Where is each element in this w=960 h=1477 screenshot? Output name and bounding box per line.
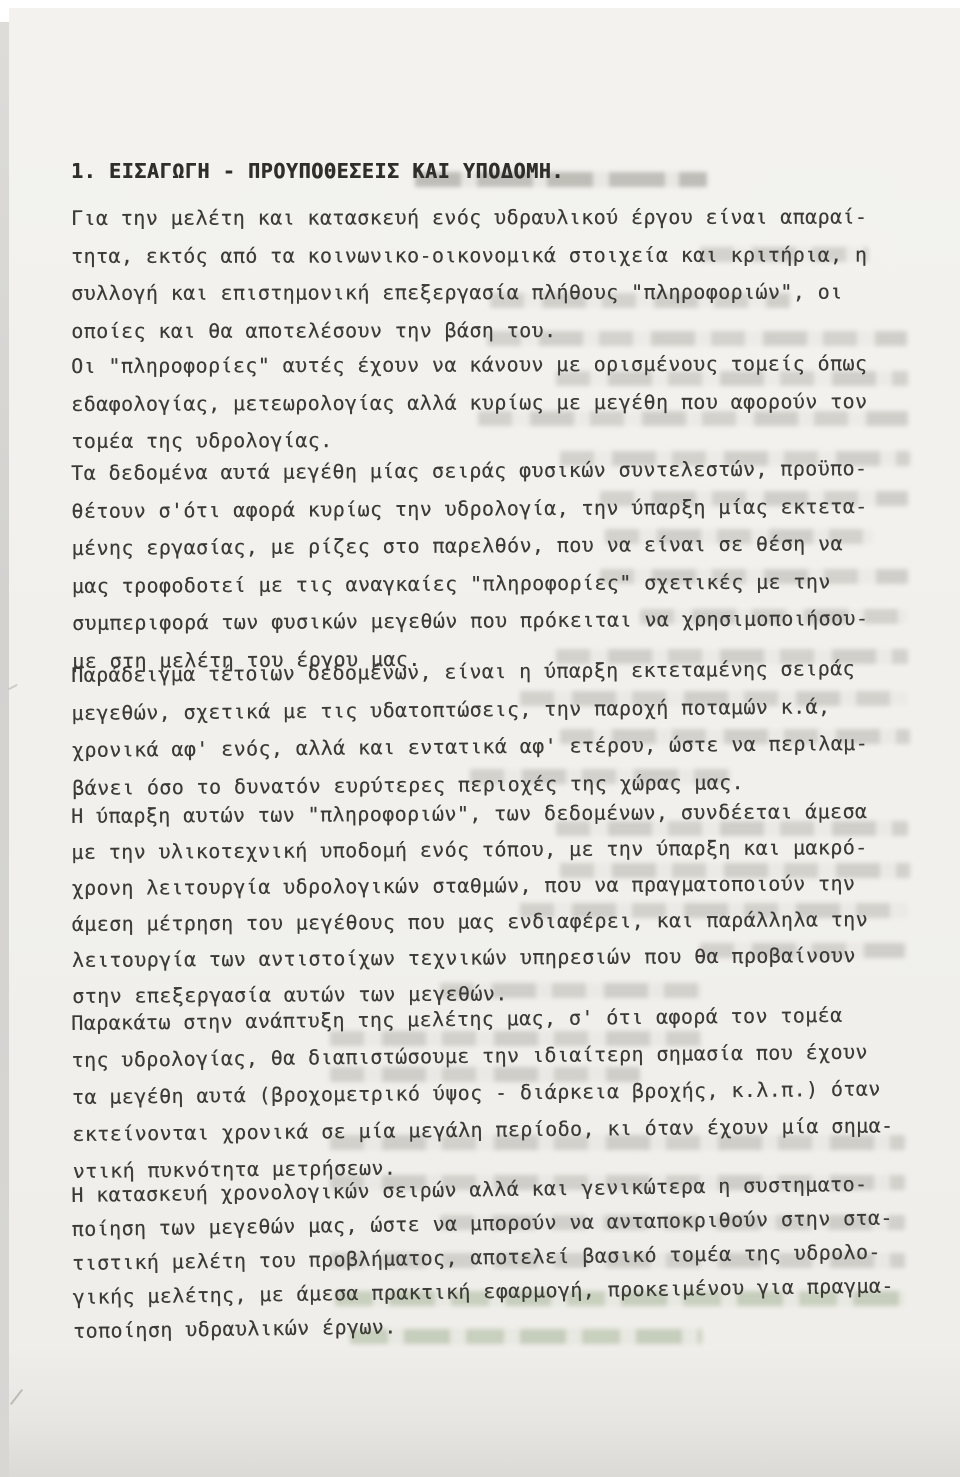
pencil-mark — [8, 684, 18, 690]
paragraph: Παράδειγμα τέτοιων δεδομένων, είναι η ύπ… — [71, 650, 912, 807]
section-heading: 1. ΕΙΣΑΓΩΓΗ - ΠΡΟΥΠΟΘΕΣΕΙΣ ΚΑΙ ΥΠΟΔΟΜΗ. — [71, 158, 564, 184]
text-line: με την υλικοτεχνική υποδομή ενός τόπου, … — [71, 829, 911, 870]
paragraph: Για την μελέτη και κατασκευή ενός υδραυλ… — [71, 199, 911, 350]
text-line: μένης εργασίας, με ρίζες στο παρελθόν, π… — [71, 525, 911, 568]
text-line: Τα δεδομένα αυτά μεγέθη μίας σειράς φυσι… — [71, 450, 911, 493]
text-line: μας τροφοδοτεί με τις αναγκαίες "πληροφο… — [72, 562, 912, 605]
text-line: χρονικά αφ' ενός, αλλά και εντατικά αφ' … — [72, 725, 912, 770]
paragraph: Τα δεδομένα αυτά μεγέθη μίας σειράς φυσι… — [71, 450, 912, 680]
paragraph: Παρακάτω στην ανάπτυξη της μελέτης μας, … — [71, 996, 913, 1190]
text-line: Οι "πληροφορίες" αυτές έχουν να κάνουν μ… — [71, 345, 911, 385]
scan-backing-edge — [0, 22, 9, 1477]
paragraph: Οι "πληροφορίες" αυτές έχουν να κάνουν μ… — [71, 345, 911, 460]
text-line: εδαφολογίας, μετεωρολογίας αλλά κυρίως μ… — [71, 383, 911, 423]
text-line: λειτουργία των αντιστοίχων τεχνικών υπηρ… — [72, 937, 912, 978]
text-line: συλλογή και επιστημονική επεξεργασία πλή… — [71, 274, 911, 313]
paragraph: Η κατασκευή χρονολογικών σειρών αλλά και… — [71, 1166, 913, 1348]
document-page: 1. ΕΙΣΑΓΩΓΗ - ΠΡΟΥΠΟΘΕΣΕΙΣ ΚΑΙ ΥΠΟΔΟΜΗ. … — [9, 8, 960, 1477]
text-line: Για την μελέτη και κατασκευή ενός υδραυλ… — [71, 199, 911, 238]
text-line: συμπεριφορά των φυσικών μεγεθών που πρόκ… — [72, 600, 912, 643]
paragraph: Η ύπαρξη αυτών των "πληροφοριών", των δε… — [71, 793, 912, 1014]
text-line: χρονη λειτουργία υδρολογικών σταθμών, πο… — [71, 865, 911, 906]
text-line: Η ύπαρξη αυτών των "πληροφοριών", των δε… — [71, 793, 911, 834]
text-line: άμεση μέτρηση του μεγέθους που μας ενδια… — [72, 901, 912, 942]
text-line: τητα, εκτός από τα κοινωνικο-οικονομικά … — [71, 236, 911, 275]
text-line: θέτουν σ'ότι αφορά κυρίως την υδρολογία,… — [71, 487, 911, 530]
pencil-mark — [10, 1389, 23, 1405]
text-line: οποίες και θα αποτελέσουν την βάση του. — [71, 311, 911, 350]
